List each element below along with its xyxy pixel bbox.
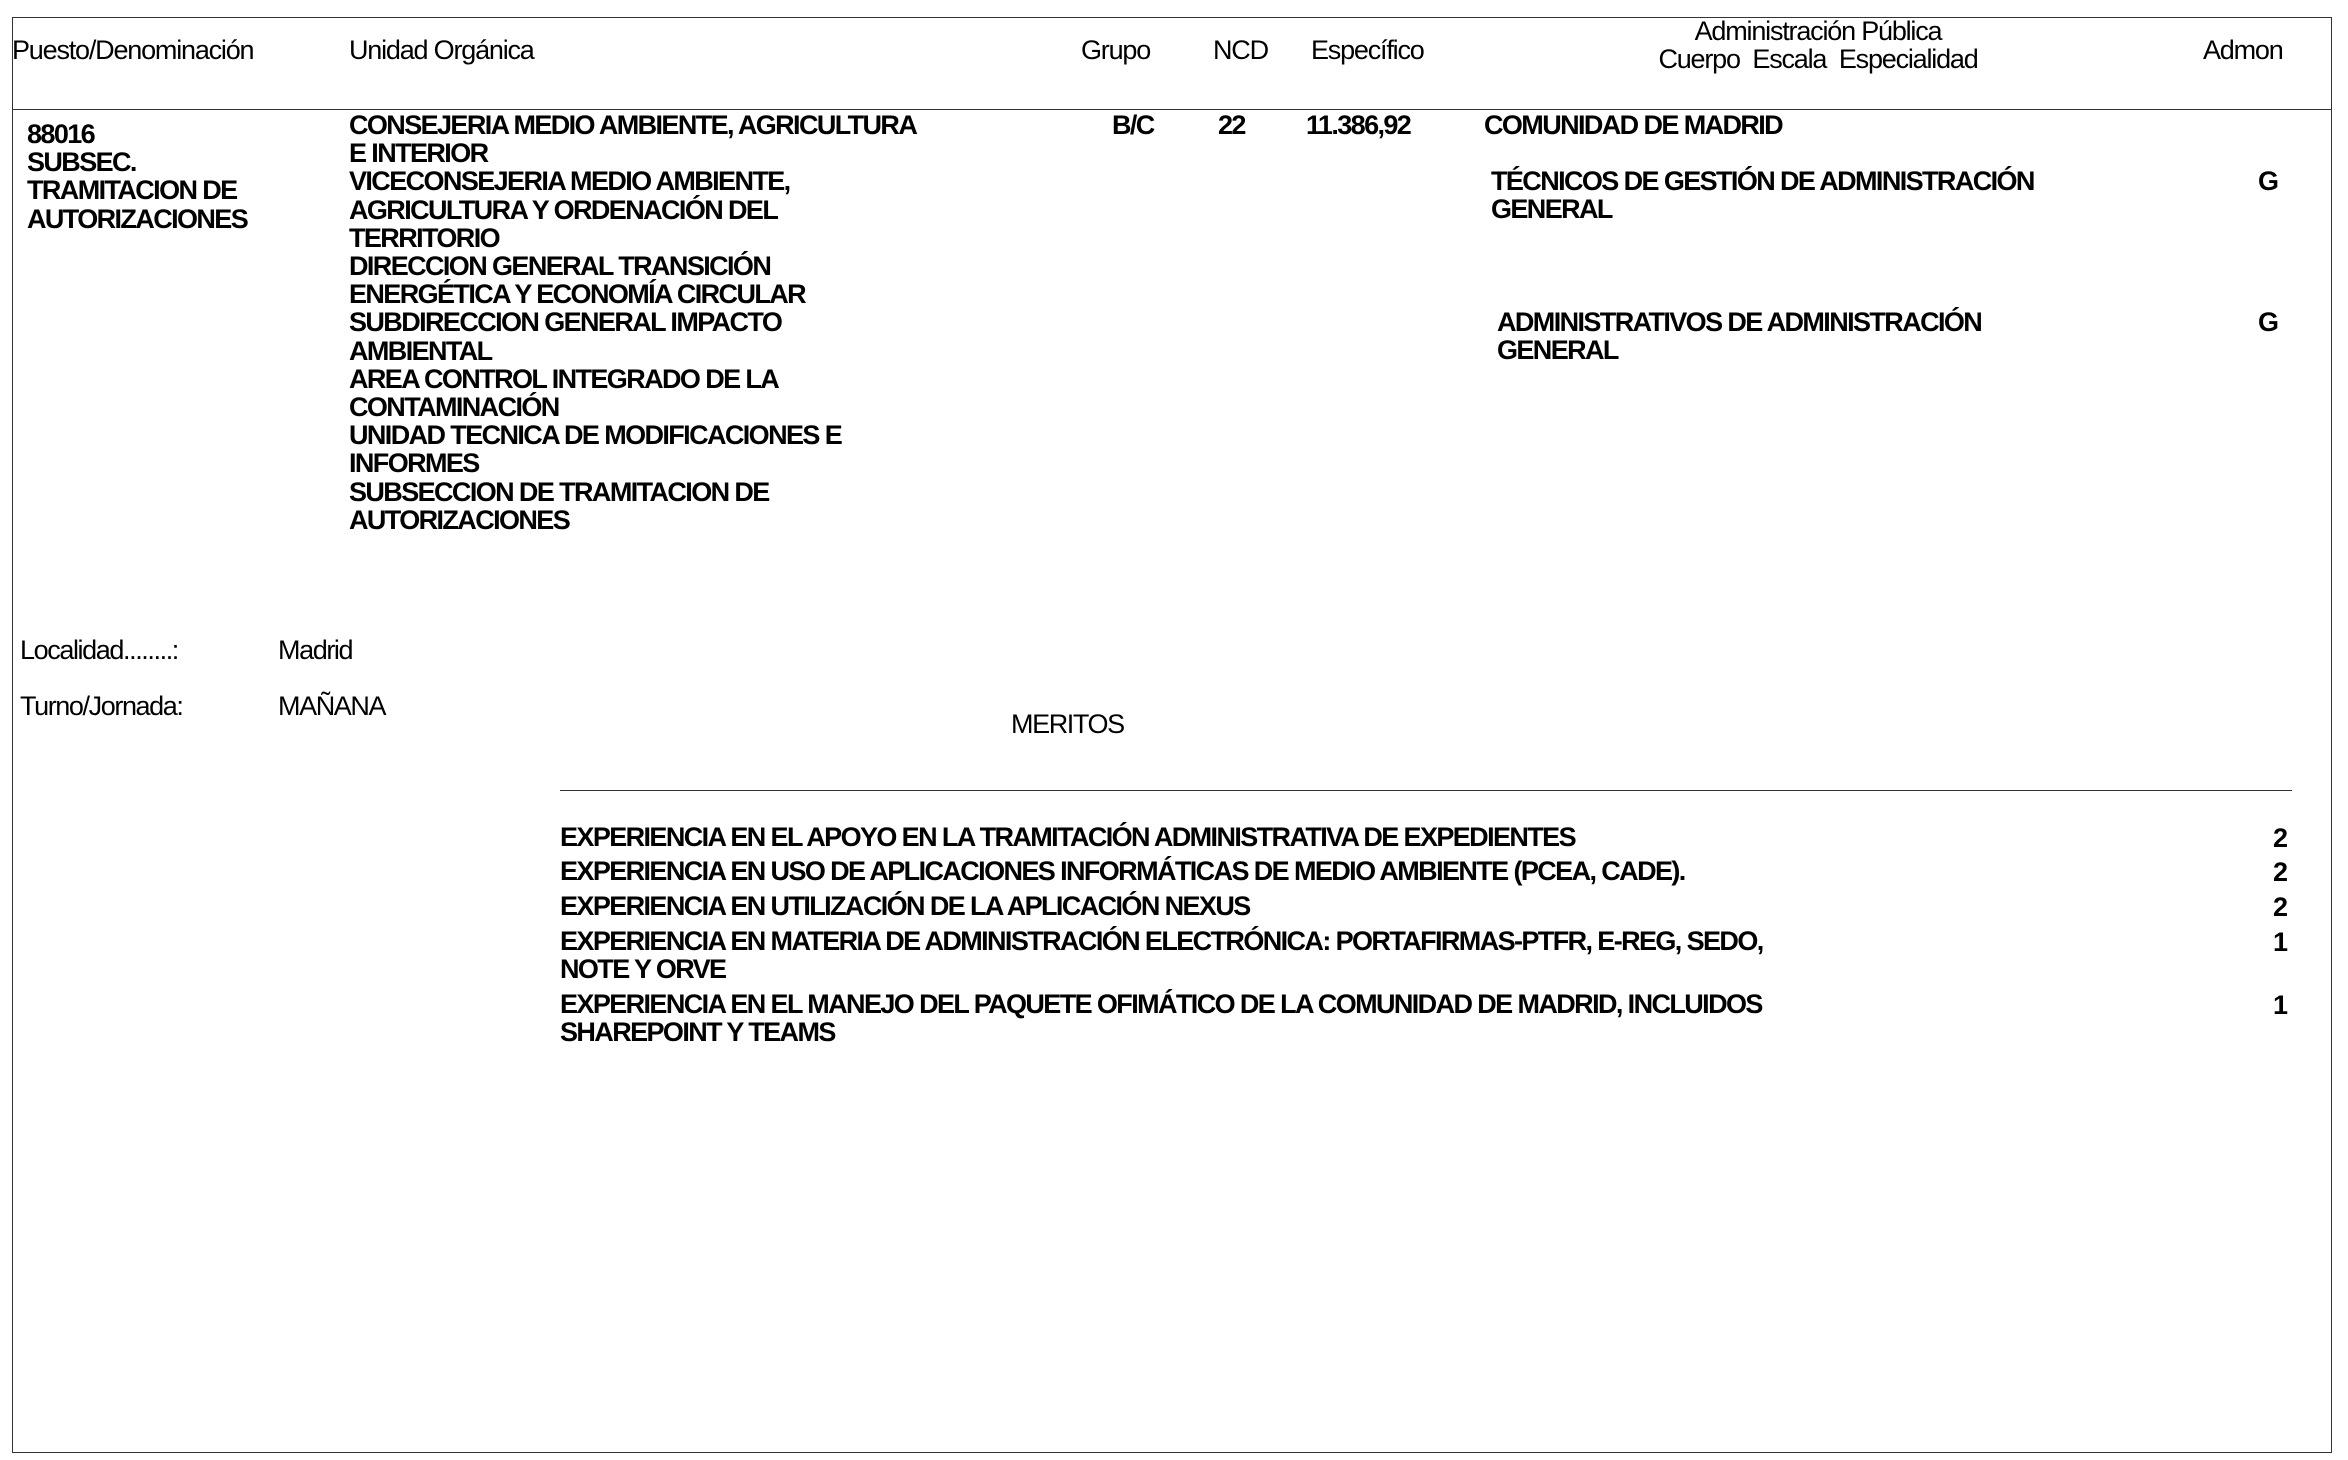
localidad-value: Madrid	[278, 636, 352, 664]
unidad-organica-line: E INTERIOR	[349, 139, 916, 167]
cuerpo-line: TÉCNICOS DE GESTIÓN DE ADMINISTRACIÓN	[1491, 167, 2034, 195]
unidad-organica-line: AMBIENTAL	[349, 337, 916, 365]
unidad-organica-line: INFORMES	[349, 449, 916, 477]
cuerpo-tecnicos-admon: G	[2258, 167, 2277, 195]
header-admon: Admon	[2203, 36, 2283, 64]
puesto-denominacion-line: TRAMITACION DE	[27, 176, 247, 204]
turno-value: MAÑANA	[278, 692, 385, 720]
meritos-divider	[560, 790, 2292, 791]
header-puesto: Puesto/Denominación	[12, 36, 253, 64]
unidad-organica-line: CONTAMINACIÓN	[349, 393, 916, 421]
cuerpo-line: GENERAL	[1497, 336, 1981, 364]
merito-points: 2	[2273, 857, 2288, 888]
merito-text: EXPERIENCIA EN EL MANEJO DEL PAQUETE OFI…	[560, 990, 1960, 1046]
unidad-organica-line: VICECONSEJERIA MEDIO AMBIENTE,	[349, 167, 916, 195]
merito-points: 1	[2273, 927, 2288, 958]
merito-text: EXPERIENCIA EN MATERIA DE ADMINISTRACIÓN…	[560, 927, 1960, 983]
puesto-denominacion-line: SUBSEC.	[27, 148, 247, 176]
unidad-organica-line: DIRECCION GENERAL TRANSICIÓN	[349, 252, 916, 280]
header-admin-publica: Administración Pública Cuerpo Escala Esp…	[1618, 17, 2018, 73]
merito-text: EXPERIENCIA EN UTILIZACIÓN DE LA APLICAC…	[560, 892, 1960, 920]
grupo-value: B/C	[1112, 111, 1154, 139]
cuerpo-line: GENERAL	[1491, 195, 2034, 223]
meritos-title: MERITOS	[1011, 710, 1124, 738]
merito-points: 2	[2273, 892, 2288, 923]
unidad-organica-line: ENERGÉTICA Y ECONOMÍA CIRCULAR	[349, 280, 916, 308]
cuerpo-line: ADMINISTRATIVOS DE ADMINISTRACIÓN	[1497, 308, 1981, 336]
unidad-organica-list: CONSEJERIA MEDIO AMBIENTE, AGRICULTURAE …	[349, 111, 916, 534]
unidad-organica-line: AUTORIZACIONES	[349, 506, 916, 534]
cuerpo-tecnicos: TÉCNICOS DE GESTIÓN DE ADMINISTRACIÓNGEN…	[1491, 167, 2034, 223]
puesto-denominacion: SUBSEC.TRAMITACION DEAUTORIZACIONES	[27, 148, 247, 233]
unidad-organica-line: AREA CONTROL INTEGRADO DE LA	[349, 365, 916, 393]
unidad-organica-line: SUBSECCION DE TRAMITACION DE	[349, 478, 916, 506]
merito-text: EXPERIENCIA EN EL APOYO EN LA TRAMITACIÓ…	[560, 823, 1960, 851]
puesto-cell: 88016 SUBSEC.TRAMITACION DEAUTORIZACIONE…	[27, 120, 247, 233]
unidad-organica-line: CONSEJERIA MEDIO AMBIENTE, AGRICULTURA	[349, 111, 916, 139]
merito-points: 1	[2273, 990, 2288, 1021]
unidad-organica-line: SUBDIRECCION GENERAL IMPACTO	[349, 308, 916, 336]
merito-text: EXPERIENCIA EN USO DE APLICACIONES INFOR…	[560, 857, 1960, 885]
puesto-denominacion-line: AUTORIZACIONES	[27, 205, 247, 233]
unidad-organica-line: UNIDAD TECNICA DE MODIFICACIONES E	[349, 421, 916, 449]
turno-label: Turno/Jornada:	[20, 692, 183, 720]
unidad-organica-line: TERRITORIO	[349, 224, 916, 252]
administracion-value: COMUNIDAD DE MADRID	[1484, 111, 1782, 139]
merito-points: 2	[2273, 823, 2288, 854]
header-admin-publica-line2: Cuerpo Escala Especialidad	[1618, 45, 2018, 73]
ncd-value: 22	[1218, 111, 1245, 139]
header-admin-publica-line1: Administración Pública	[1618, 17, 2018, 45]
header-especifico: Específico	[1311, 36, 1424, 64]
localidad-label: Localidad........:	[20, 636, 178, 664]
puesto-codigo: 88016	[27, 120, 247, 148]
header-unidad: Unidad Orgánica	[349, 36, 534, 64]
header-grupo: Grupo	[1081, 36, 1150, 64]
unidad-organica-line: AGRICULTURA Y ORDENACIÓN DEL	[349, 196, 916, 224]
header-ncd: NCD	[1213, 36, 1268, 64]
cuerpo-administrativos: ADMINISTRATIVOS DE ADMINISTRACIÓNGENERAL	[1497, 308, 1981, 364]
especifico-value: 11.386,92	[1306, 111, 1410, 139]
cuerpo-administrativos-admon: G	[2258, 308, 2277, 336]
